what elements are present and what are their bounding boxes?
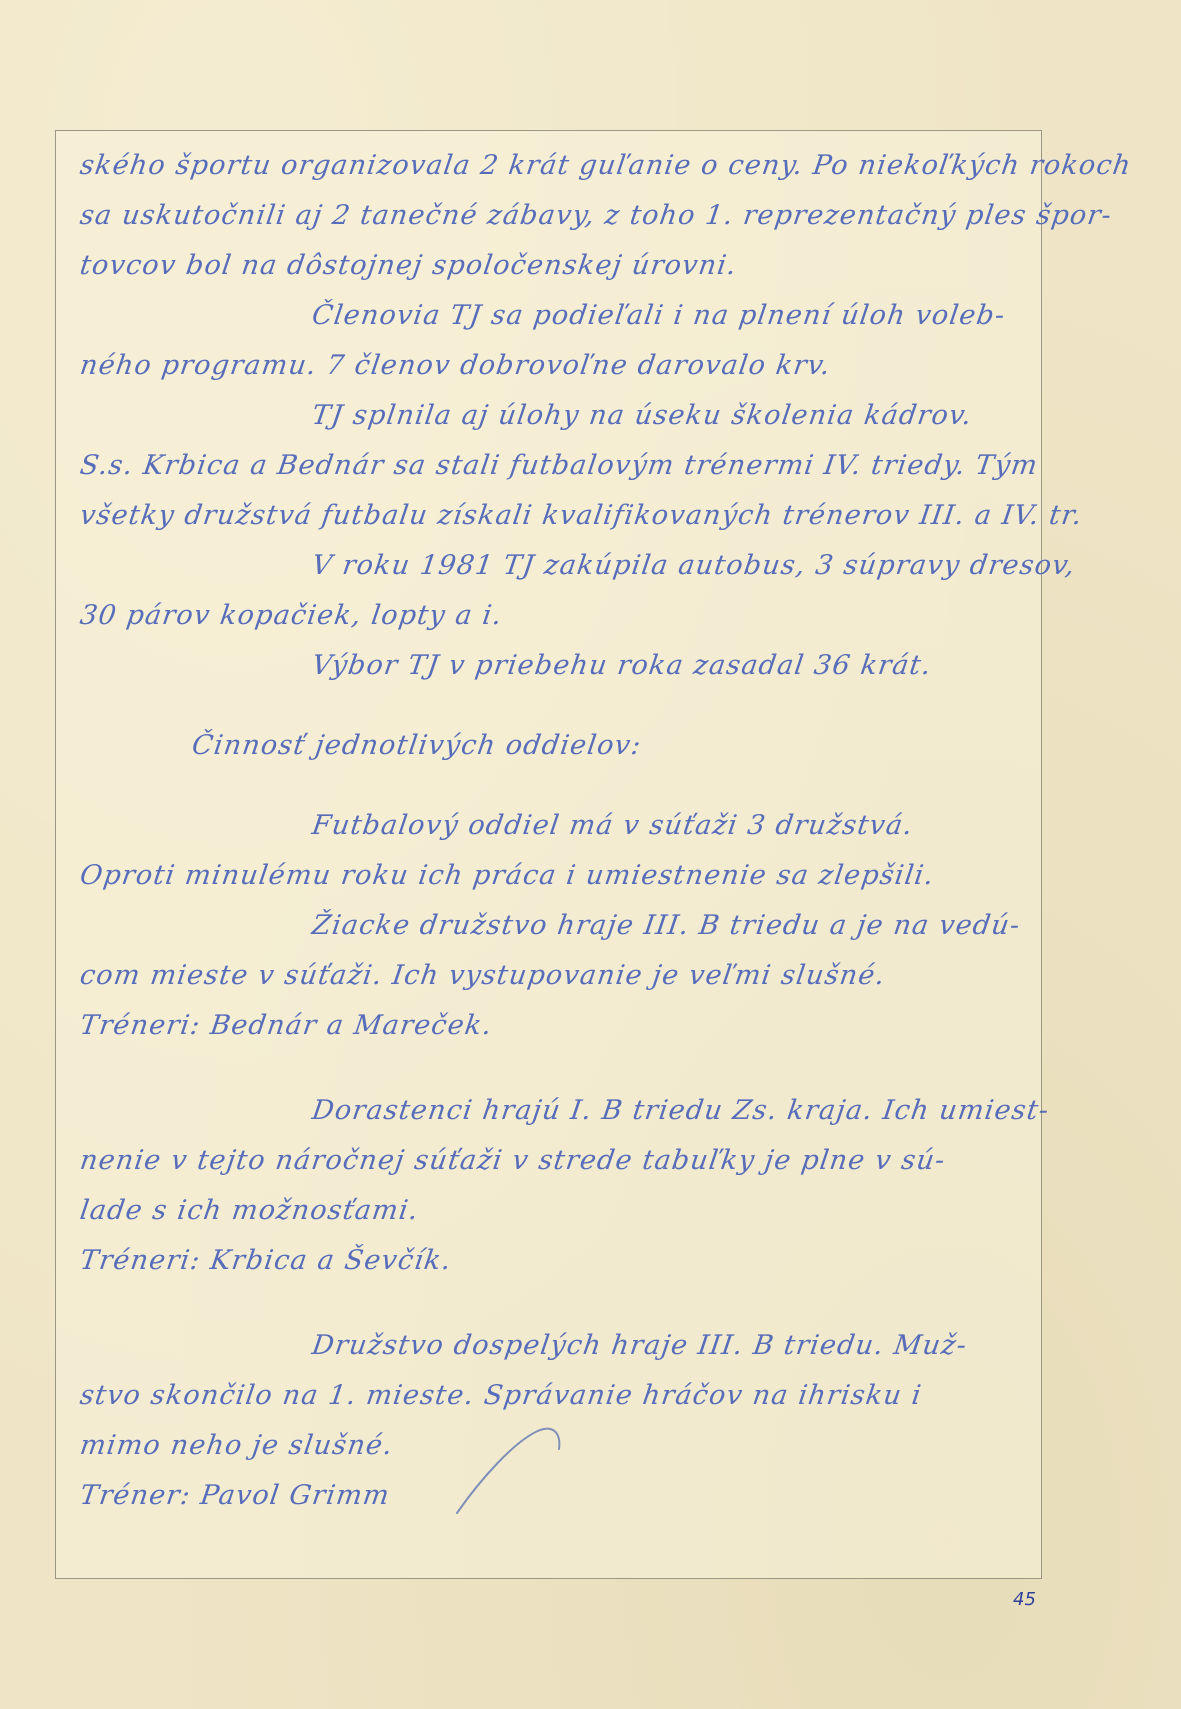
text-line: lade s ich možnosťami. bbox=[78, 1195, 421, 1226]
text-line: mimo neho je slušné. bbox=[78, 1430, 395, 1461]
text-line: Výbor TJ v priebehu roka zasadal 36 krát… bbox=[310, 650, 934, 681]
coaches-line: Tréneri: Krbica a Ševčík. bbox=[78, 1245, 454, 1276]
text-line: S.s. Krbica a Bednár sa stali futbalovým… bbox=[78, 450, 1040, 481]
coaches-line: Tréneri: Bednár a Mareček. bbox=[78, 1010, 494, 1041]
text-line: com mieste v súťaži. Ich vystupovanie je… bbox=[78, 960, 888, 991]
signature-stroke-icon bbox=[455, 1425, 585, 1515]
text-line: ského športu organizovala 2 krát guľanie… bbox=[78, 150, 1134, 181]
text-line: tovcov bol na dôstojnej spoločenskej úro… bbox=[78, 250, 739, 281]
text-line: TJ splnila aj úlohy na úseku školenia ká… bbox=[310, 400, 974, 431]
page-frame-border bbox=[55, 130, 1042, 1579]
text-line: Členovia TJ sa podieľali i na plnení úlo… bbox=[310, 300, 1008, 331]
text-line: Žiacke družstvo hraje III. B triedu a je… bbox=[310, 910, 1023, 941]
page-number: 45 bbox=[1013, 1589, 1036, 1610]
text-line: Dorastenci hrajú I. B triedu Zs. kraja. … bbox=[310, 1095, 1051, 1126]
coaches-line: Tréner: Pavol Grimm bbox=[78, 1480, 392, 1511]
text-line: 30 párov kopačiek, lopty a i. bbox=[78, 600, 504, 631]
text-line: Družstvo dospelých hraje III. B triedu. … bbox=[310, 1330, 969, 1361]
text-line: stvo skončilo na 1. mieste. Správanie hr… bbox=[78, 1380, 924, 1411]
text-line: V roku 1981 TJ zakúpila autobus, 3 súpra… bbox=[310, 550, 1078, 581]
text-line: sa uskutočnili aj 2 tanečné zábavy, z to… bbox=[78, 200, 1114, 231]
text-line: nenie v tejto náročnej súťaži v strede t… bbox=[78, 1145, 948, 1176]
text-line: ného programu. 7 členov dobrovoľne darov… bbox=[78, 350, 833, 381]
text-line: Oproti minulému roku ich práca i umiestn… bbox=[78, 860, 936, 891]
text-line: Futbalový oddiel má v súťaži 3 družstvá. bbox=[310, 810, 915, 841]
text-line: všetky družstvá futbalu získali kvalifik… bbox=[78, 500, 1085, 531]
section-heading: Činnosť jednotlivých oddielov: bbox=[190, 730, 644, 761]
